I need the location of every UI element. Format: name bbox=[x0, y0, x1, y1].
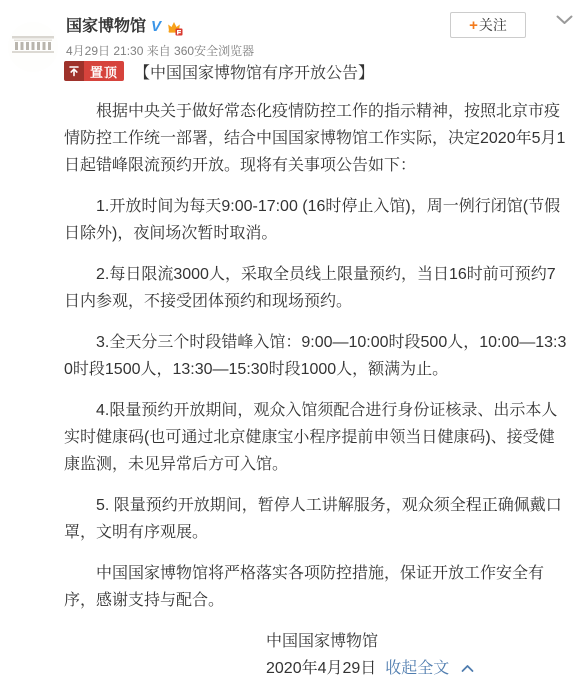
pinned-badge: 置顶 bbox=[64, 61, 124, 81]
verified-icon: V bbox=[151, 16, 161, 38]
follow-button[interactable]: + 关注 bbox=[450, 12, 526, 38]
paragraph-item-4: 4.限量预约开放期间，观众入馆须配合进行身份证核录、出示本人实时健康码(也可通过… bbox=[64, 397, 570, 478]
signature-block: 中国国家博物馆 2020年4月29日 收起全文 bbox=[266, 628, 570, 682]
pin-to-top-icon bbox=[64, 61, 84, 81]
museum-building-icon bbox=[10, 29, 56, 66]
weibo-post-card: 国家博物馆 V 4月29日 21:30 来自 360安全浏览器 + 关注 bbox=[0, 0, 586, 685]
collapse-link[interactable]: 收起全文 bbox=[385, 655, 449, 682]
post-content: 置顶 【中国国家博物馆有序开放公告】 根据中央关于做好常态化疫情防控工作的指示精… bbox=[64, 60, 570, 682]
post-date: 2020年4月29日 bbox=[266, 655, 376, 682]
title-row: 置顶 【中国国家博物馆有序开放公告】 bbox=[64, 60, 570, 82]
username[interactable]: 国家博物馆 bbox=[66, 16, 146, 38]
user-line: 国家博物馆 V bbox=[66, 16, 183, 38]
paragraph-item-2: 2.每日限流3000人，采取全员线上限量预约，当日16时前可预约7日内参观，不接… bbox=[64, 261, 570, 315]
plus-icon: + bbox=[469, 17, 478, 34]
signature: 中国国家博物馆 bbox=[266, 628, 570, 655]
timestamp[interactable]: 4月29日 21:30 来自 360安全浏览器 bbox=[66, 42, 254, 59]
chevron-down-icon[interactable] bbox=[554, 12, 574, 28]
paragraph-closing: 中国国家博物馆将严格落实各项防控措施，保证开放工作安全有序，感谢支持与配合。 bbox=[64, 560, 570, 614]
paragraph-intro: 根据中央关于做好常态化疫情防控工作的指示精神，按照北京市疫情防控工作统一部署，结… bbox=[64, 98, 570, 179]
paragraph-item-1: 1.开放时间为每天9:00-17:00 (16时停止入馆)，周一例行闭馆(节假日… bbox=[64, 193, 570, 247]
pinned-badge-label: 置顶 bbox=[84, 61, 124, 81]
paragraph-item-5: 5. 限量预约开放期间，暂停人工讲解服务，观众须全程正确佩戴口罩，文明有序观展。 bbox=[64, 492, 570, 546]
follow-label: 关注 bbox=[479, 15, 507, 35]
paragraph-item-3: 3.全天分三个时段错峰入馆：9:00—10:00时段500人，10:00—13:… bbox=[64, 329, 570, 383]
vip-badge-icon bbox=[166, 19, 183, 36]
avatar[interactable] bbox=[8, 22, 58, 72]
chevron-up-icon[interactable] bbox=[461, 664, 474, 673]
date-row: 2020年4月29日 收起全文 bbox=[266, 655, 570, 682]
post-title: 【中国国家博物馆有序开放公告】 bbox=[134, 60, 374, 83]
